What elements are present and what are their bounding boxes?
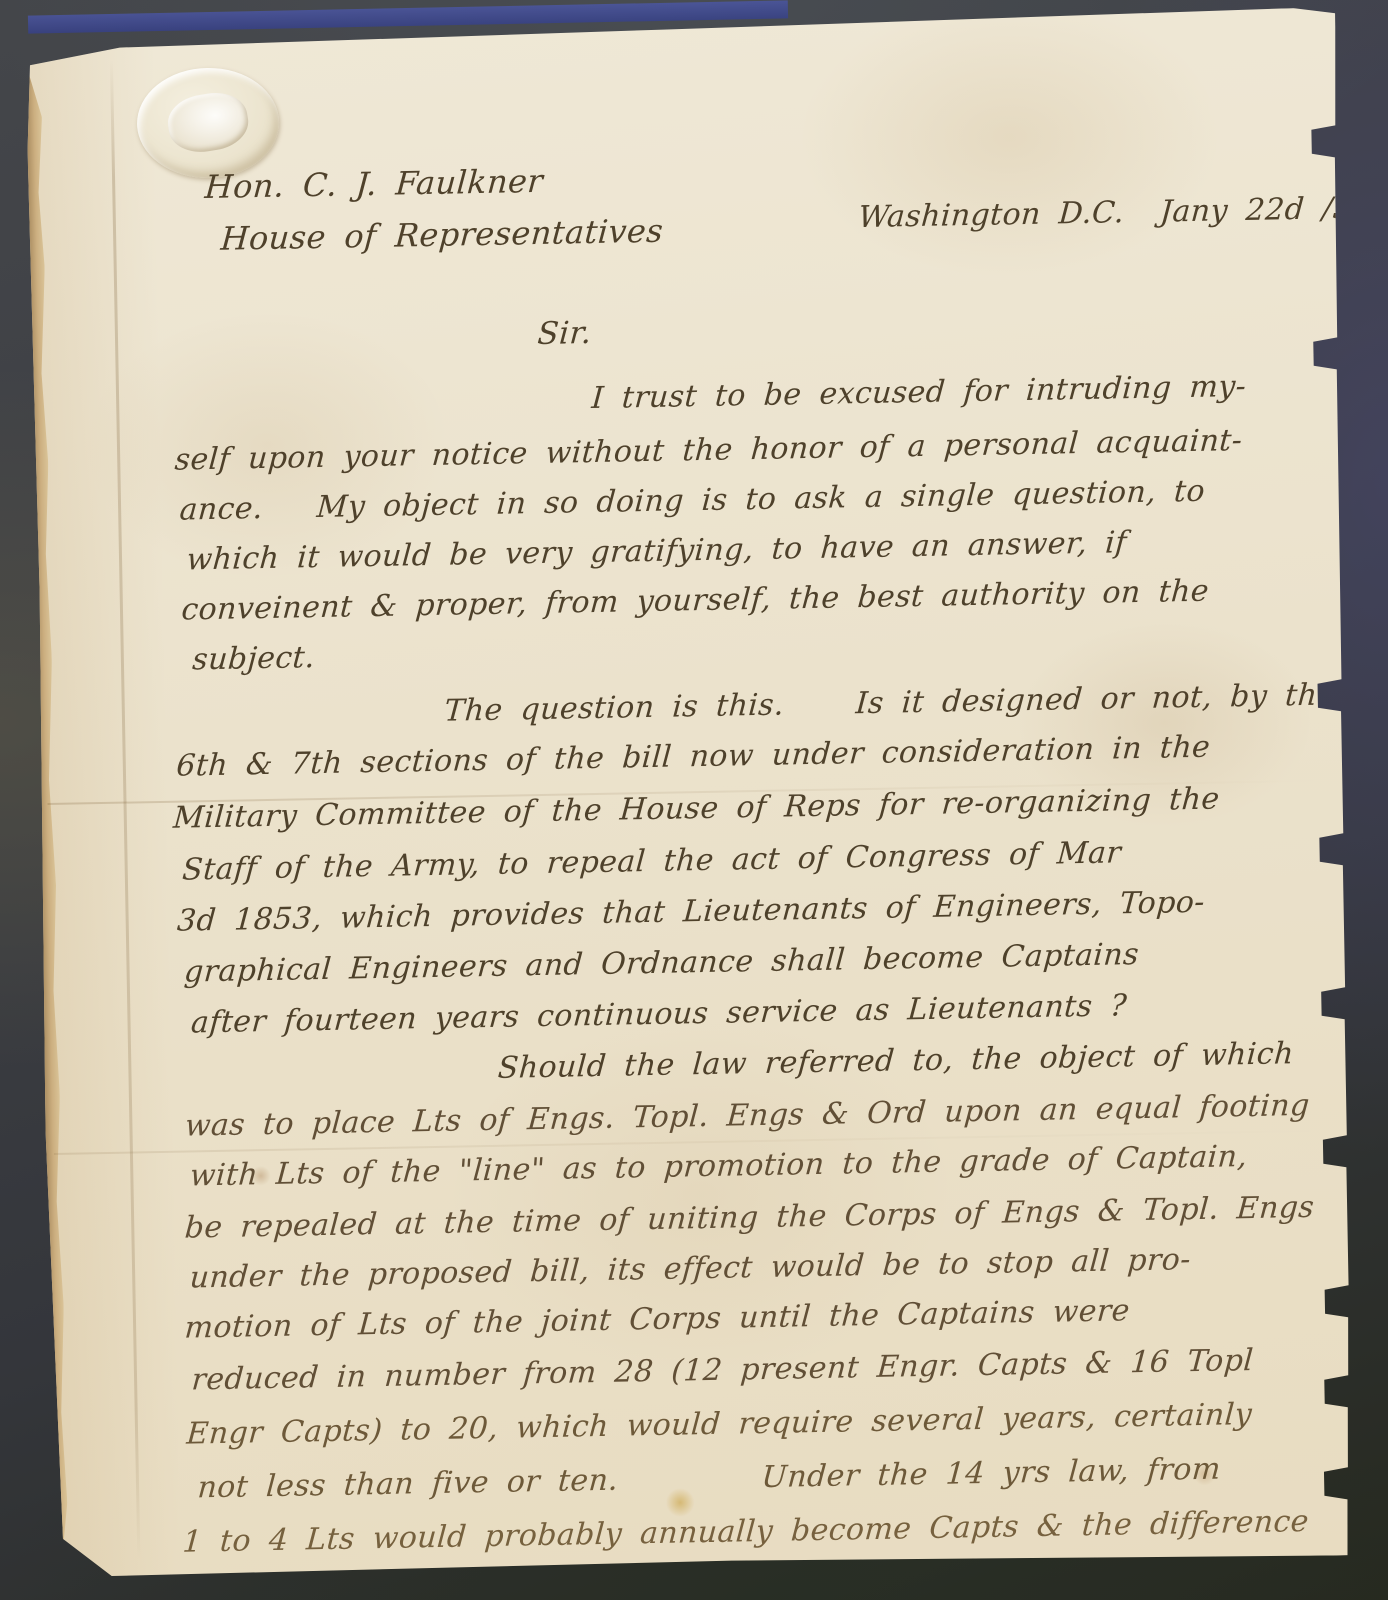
addressee-line: House of Representatives [220, 212, 665, 258]
body-line: subject. [191, 640, 316, 677]
body-line: Staff of the Army, to repeal the act of … [181, 835, 1122, 887]
body-line: reduced in number from 28 (12 present En… [190, 1343, 1254, 1398]
body-line: ance. My object in so doing is to ask a … [178, 474, 1206, 528]
photo-of-letter: Hon. C. J. Faulkner House of Representat… [0, 0, 1388, 1600]
addressee-line: Hon. C. J. Faulkner [204, 162, 545, 206]
body-line: The question is this. Is it designed or … [443, 677, 1337, 728]
vertical-fold-crease [110, 60, 140, 1560]
body-line: under the proposed bill, its effect woul… [189, 1242, 1192, 1295]
body-line: self upon your notice without the honor … [174, 423, 1244, 478]
body-line: motion of Lts of the joint Corps until t… [183, 1293, 1131, 1345]
body-line: which it would be very gratifying, to ha… [185, 525, 1128, 577]
body-line: 3d 1853, which provides that Lieutenants… [176, 885, 1206, 939]
body-line: graphical Engineers and Ordnance shall b… [183, 937, 1140, 990]
dateline: Washington D.C. Jany 22d /59 [857, 191, 1373, 235]
body-line: Engr Capts) to 20, which would require s… [185, 1397, 1253, 1452]
body-line: be repealed at the time of uniting the C… [184, 1190, 1316, 1246]
body-line: after fourteen years continuous service … [190, 988, 1128, 1040]
body-line: I trust to be excused for intruding my- [591, 369, 1248, 416]
salutation: Sir. [536, 315, 593, 352]
body-line: Military Committee of the House of Reps … [172, 782, 1221, 836]
body-line: 1 to 4 Lts would probably annually becom… [181, 1504, 1310, 1560]
letter-sheet: Hon. C. J. Faulkner House of Representat… [23, 7, 1363, 1579]
body-line: not less than five or ten. Under the 14 … [196, 1452, 1222, 1506]
body-line: conveinent & proper, from yourself, the … [180, 574, 1210, 628]
body-line: Should the law referred to, the object o… [497, 1036, 1295, 1086]
embossed-seal-icon [136, 67, 280, 180]
body-line: was to place Lts of Engs. Topl. Engs & O… [184, 1088, 1311, 1144]
body-line: 6th & 7th sections of the bill now under… [175, 730, 1211, 784]
